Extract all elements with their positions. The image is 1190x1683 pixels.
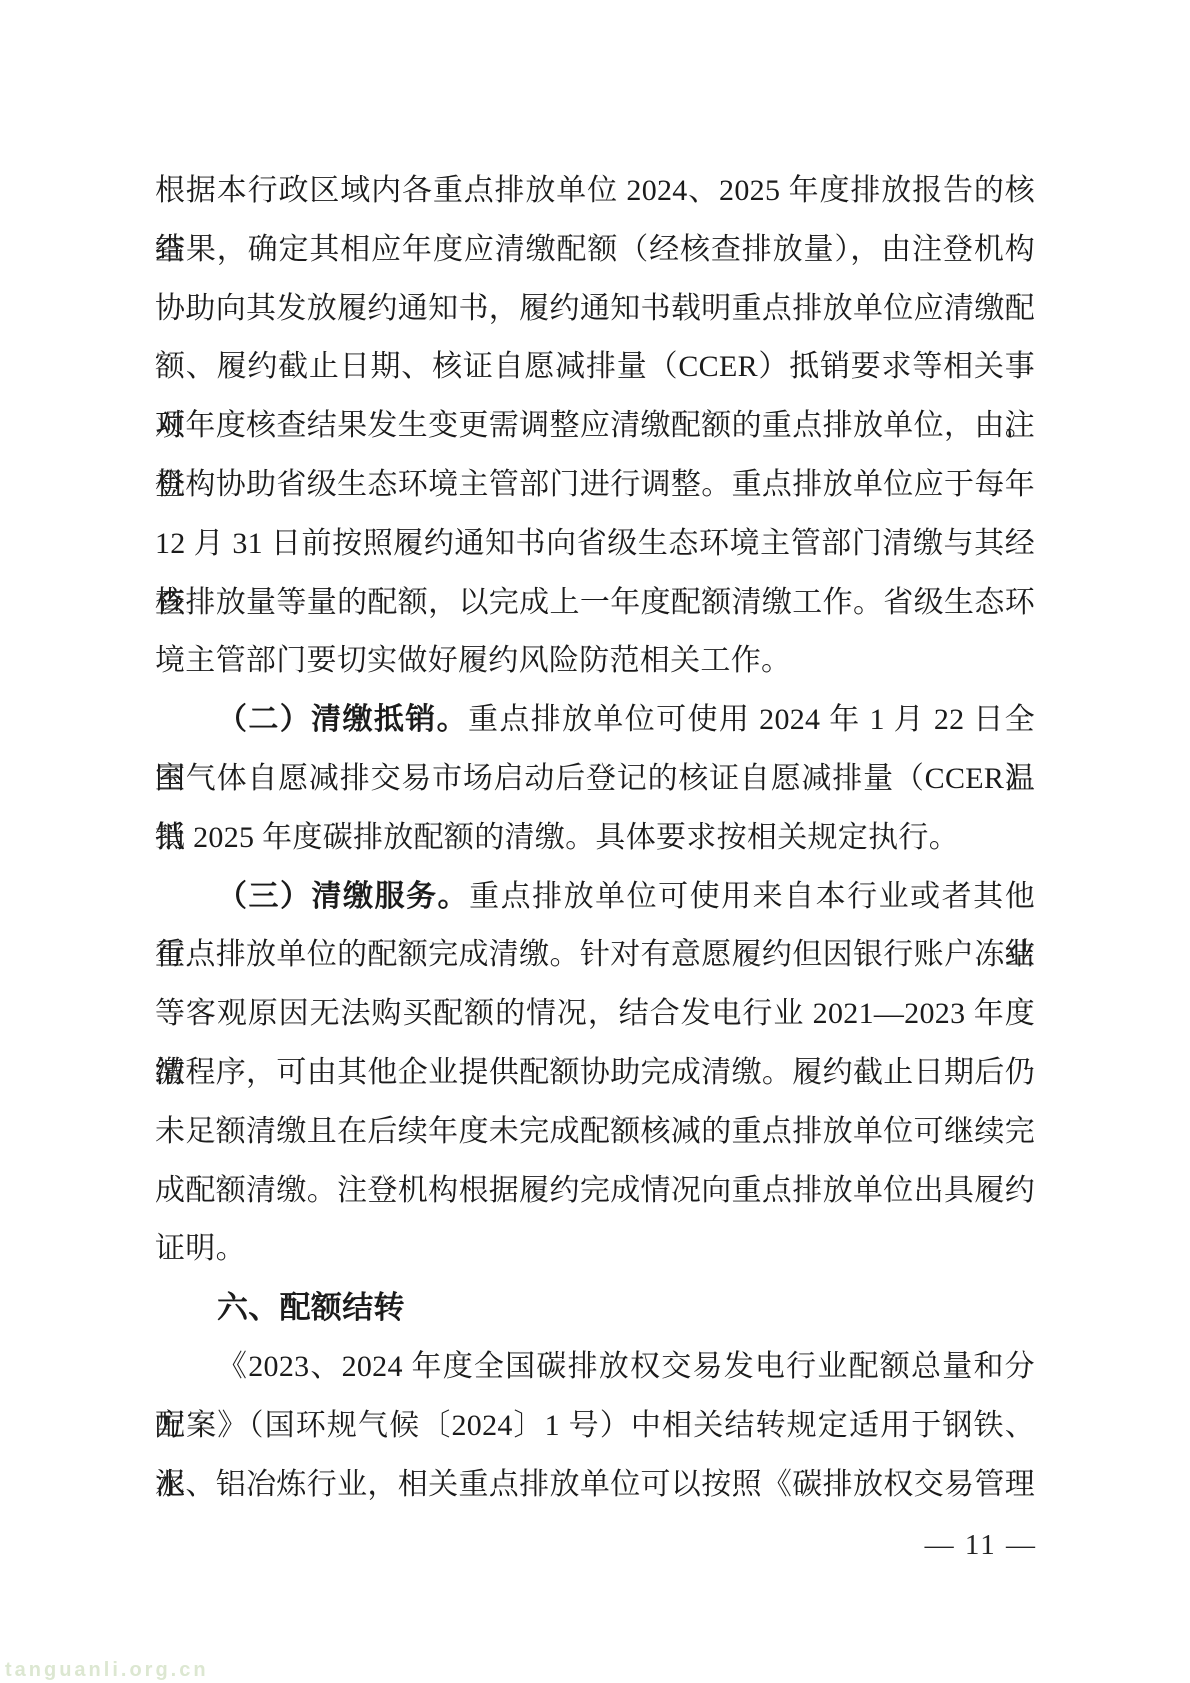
text-line: 缴程序，可由其他企业提供配额协助完成清缴。履约截止日期后仍 xyxy=(155,1044,1035,1103)
text-line: 等客观原因无法购买配额的情况，结合发电行业 2021—2023 年度清 xyxy=(155,985,1035,1044)
text-line: 根据本行政区域内各重点排放单位 2024、2025 年度排放报告的核查 xyxy=(155,162,1035,221)
text-line: 泥、铝冶炼行业，相关重点排放单位可以按照《碳排放权交易管理 xyxy=(155,1456,1035,1515)
document-body: 根据本行政区域内各重点排放单位 2024、2025 年度排放报告的核查结果，确定… xyxy=(155,162,1035,1514)
document-page: 根据本行政区域内各重点排放单位 2024、2025 年度排放报告的核查结果，确定… xyxy=(0,0,1190,1683)
text-line: 销 2025 年度碳排放配额的清缴。具体要求按相关规定执行。 xyxy=(155,809,1035,868)
watermark: tanguanli.org.cn xyxy=(5,1659,209,1682)
text-line: 重点排放单位的配额完成清缴。针对有意愿履约但因银行账户冻结 xyxy=(155,926,1035,985)
text-line: 机构协助省级生态环境主管部门进行调整。重点排放单位应于每年 xyxy=(155,456,1035,515)
text-line: 境主管部门要切实做好履约风险防范相关工作。 xyxy=(155,632,1035,691)
text-line: 12 月 31 日前按照履约通知书向省级生态环境主管部门清缴与其经核 xyxy=(155,515,1035,574)
text-line: 未足额清缴且在后续年度未完成配额核减的重点排放单位可继续完 xyxy=(155,1103,1035,1162)
text-line: 结果，确定其相应年度应清缴配额（经核查排放量），由注登机构 xyxy=(155,221,1035,280)
text-line: 额、履约截止日期、核证自愿减排量（CCER）抵销要求等相关事项。 xyxy=(155,338,1035,397)
section-heading: 六、配额结转 xyxy=(155,1279,1035,1338)
text-line: 室气体自愿减排交易市场启动后登记的核证自愿减排量（CCER）抵 xyxy=(155,750,1035,809)
text-line: （二）清缴抵销。重点排放单位可使用 2024 年 1 月 22 日全国温 xyxy=(155,691,1035,750)
text-line: 证明。 xyxy=(155,1220,1035,1279)
bold-lead: （二）清缴抵销。 xyxy=(217,703,468,736)
text-line: 协助向其发放履约通知书，履约通知书载明重点排放单位应清缴配 xyxy=(155,280,1035,339)
text-line: 《2023、2024 年度全国碳排放权交易发电行业配额总量和分配 xyxy=(155,1338,1035,1397)
bold-lead: （三）清缴服务。 xyxy=(217,880,469,913)
text-line: 方案》（国环规气候〔2024〕1 号）中相关结转规定适用于钢铁、水 xyxy=(155,1397,1035,1456)
text-line: 对年度核查结果发生变更需调整应清缴配额的重点排放单位，由注登 xyxy=(155,397,1035,456)
page-number: — 11 — xyxy=(925,1527,1037,1563)
text-line: （三）清缴服务。重点排放单位可使用来自本行业或者其他行业 xyxy=(155,868,1035,927)
text-line: 成配额清缴。注登机构根据履约完成情况向重点排放单位出具履约 xyxy=(155,1162,1035,1221)
text-line: 查排放量等量的配额，以完成上一年度配额清缴工作。省级生态环 xyxy=(155,574,1035,633)
